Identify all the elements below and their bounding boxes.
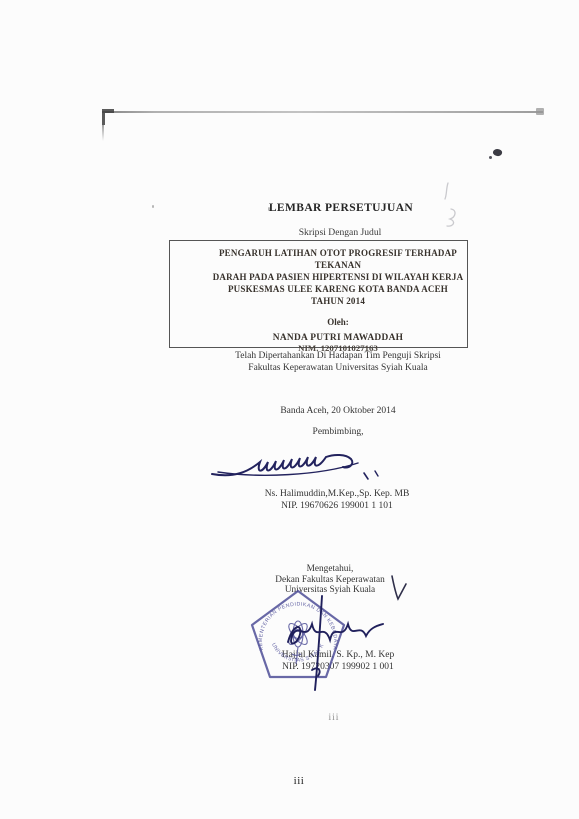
author-name: NANDA PUTRI MAWADDAH	[207, 333, 469, 343]
mengetahui-label: Mengetahui,	[180, 564, 480, 575]
page-number: iii	[284, 775, 314, 787]
defense-statement: Telah Dipertahankan Di Hadapan Tim Pengu…	[188, 351, 488, 374]
dean-signature	[282, 592, 388, 694]
defense-line: Telah Dipertahankan Di Hadapan Tim Pengu…	[188, 351, 488, 363]
supervisor-identity: Ns. Halimuddin,M.Kep.,Sp. Kep. MB NIP. 1…	[187, 489, 487, 512]
scan-edge-cap	[536, 108, 544, 115]
defense-line: Fakultas Keperawatan Universitas Syiah K…	[188, 363, 488, 375]
scan-page-number: iii	[322, 713, 346, 723]
supervisor-signature	[208, 446, 393, 484]
subtitle: Skripsi Dengan Judul	[240, 227, 440, 238]
thesis-title-line: TAHUN 2014	[207, 295, 469, 307]
place-date: Banda Aceh, 20 Oktober 2014	[188, 406, 488, 418]
pen-checkmark	[388, 574, 410, 602]
thesis-title-line: PUSKESMAS ULEE KARENG KOTA BANDA ACEH	[207, 283, 469, 295]
supervisor-label: Pembimbing,	[188, 427, 488, 439]
thesis-title-line: PENGARUH LATIHAN OTOT PROGRESIF TERHADAP…	[207, 247, 469, 271]
supervisor-name: Ns. Halimuddin,M.Kep.,Sp. Kep. MB	[187, 489, 487, 501]
dean-line1: Dekan Fakultas Keperawatan	[180, 575, 480, 586]
ink-dot	[489, 156, 492, 159]
thesis-title-box: PENGARUH LATIHAN OTOT PROGRESIF TERHADAP…	[169, 240, 468, 348]
page-title: LEMBAR PERSETUJUAN	[231, 202, 451, 214]
scanned-approval-page: LEMBAR PERSETUJUAN Skripsi Dengan Judul …	[0, 0, 579, 819]
oleh-label: Oleh:	[207, 317, 469, 327]
thesis-title-line: DARAH PADA PASIEN HIPERTENSI DI WILAYAH …	[207, 271, 469, 283]
scan-left-edge	[102, 113, 104, 141]
scan-top-edge	[102, 111, 543, 113]
scan-speck	[152, 205, 154, 208]
supervisor-nip: NIP. 19670626 199001 1 101	[187, 501, 487, 513]
ink-blot	[492, 148, 503, 157]
